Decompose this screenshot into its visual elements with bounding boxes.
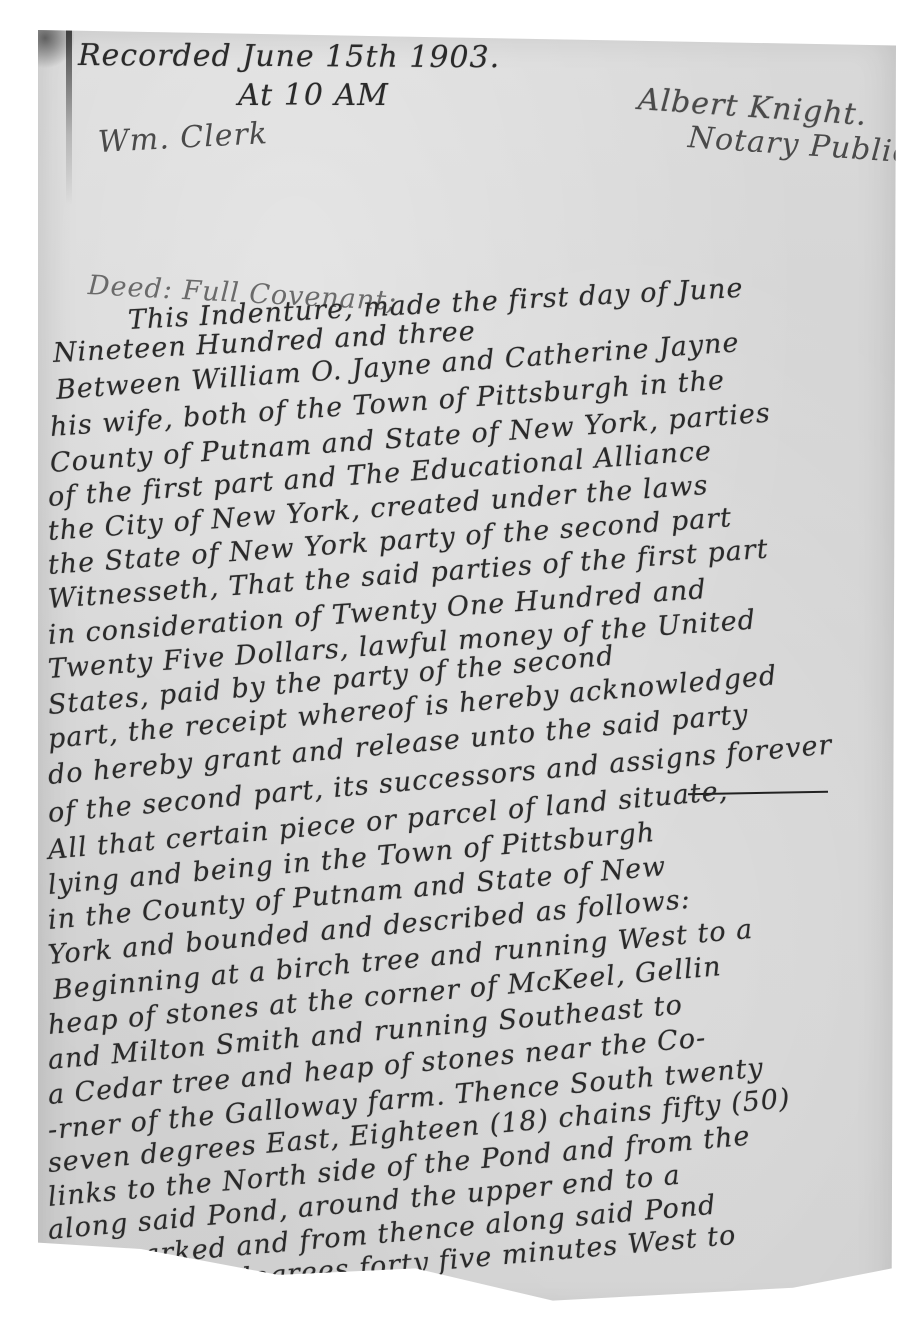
notary-title: Notary Public <box>687 120 912 170</box>
document-page: Recorded June 15th 1903. At 10 AM Wm. Cl… <box>38 30 896 1320</box>
recorded-line: Recorded June 15th 1903. <box>78 38 500 75</box>
page-fold-mark <box>66 30 72 205</box>
recorded-time: At 10 AM <box>238 78 389 113</box>
clerk-signature: Wm. Clerk <box>97 116 269 160</box>
